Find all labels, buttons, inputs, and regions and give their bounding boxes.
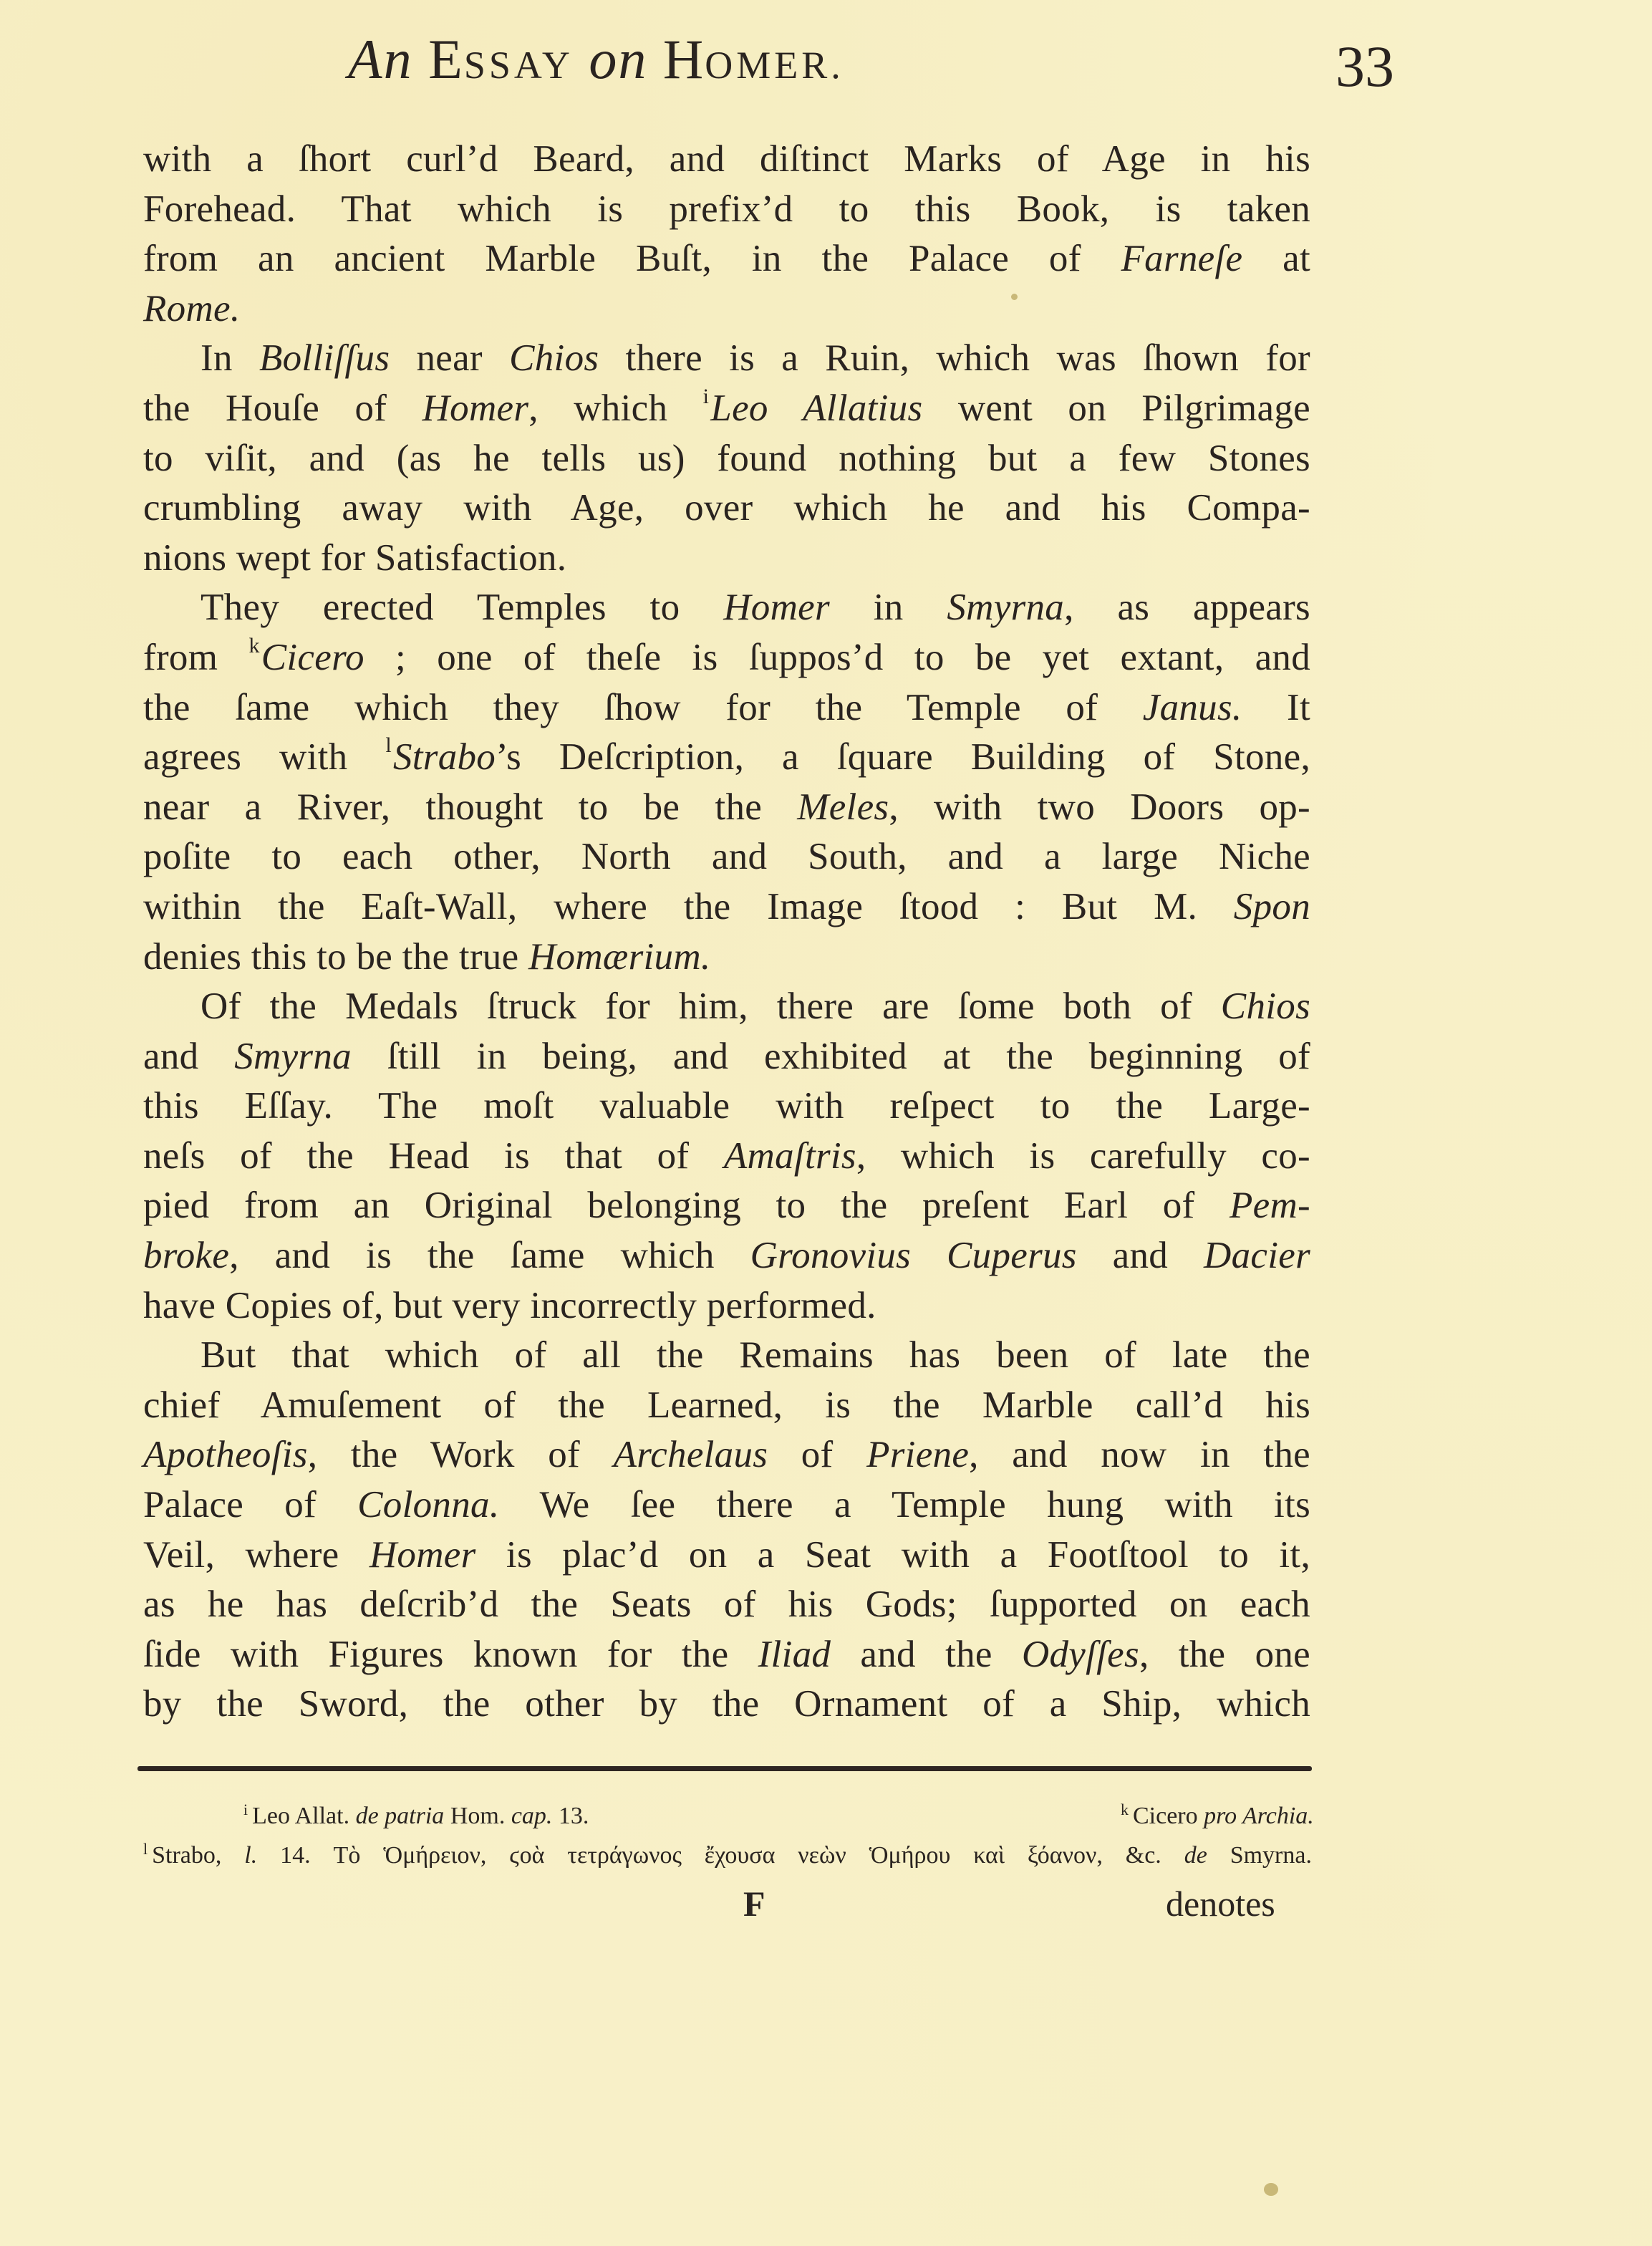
text-line: In Bolliſſus near Chios there is a Ruin,… — [143, 334, 1310, 384]
italic-text: Chios — [1221, 985, 1310, 1027]
italic-text: Apotheoſis — [143, 1434, 308, 1475]
paper-blemish — [1264, 2183, 1278, 2196]
text-run: pied from an Original belonging to the p… — [143, 1185, 1230, 1226]
text-run: there is a Ruin, which was ſhown for — [599, 337, 1310, 379]
footnote-reference: i — [703, 385, 710, 408]
italic-text: Pem- — [1230, 1185, 1310, 1226]
italic-text: Spon — [1234, 886, 1310, 927]
text-run: this Eſſay. The moſt valuable with reſpe… — [143, 1085, 1310, 1127]
title-homer-rest: OMER. — [705, 44, 844, 87]
page-number: 33 — [1335, 34, 1394, 99]
text-run: chief Amuſement of the Learned, is the M… — [143, 1384, 1310, 1426]
text-run: In — [201, 337, 259, 379]
italic-text: Smyrna — [234, 1036, 352, 1077]
text-line: Apotheoſis, the Work of Archelaus of Pri… — [143, 1430, 1310, 1480]
italic-text: Homer — [369, 1534, 476, 1576]
italic-text: Janus. — [1143, 687, 1242, 728]
italic-text: Homer — [723, 587, 830, 628]
italic-text: Cicero — [261, 637, 364, 678]
text-line: pied from an Original belonging to the p… — [143, 1181, 1310, 1231]
body-text: with a ſhort curl’d Beard, and diſtinct … — [143, 135, 1310, 1730]
italic-text: Odyſſes — [1022, 1634, 1139, 1675]
footnote-l: lStrabo, l. 14. Τὸ Ὁμήρειον, ϛοὰ τετράγω… — [143, 1836, 1312, 1875]
italic-text: Leo Allatius — [710, 387, 922, 429]
text-line: broke, and is the ſame which Gronovius C… — [143, 1231, 1310, 1281]
italic-text: Chios — [509, 337, 599, 379]
text-line: ſide with Figures known for the Iliad an… — [143, 1630, 1310, 1680]
footnote-text: 14. Τὸ Ὁμήρειον, ϛοὰ τετράγωνος ἔχουσα ν… — [257, 1842, 1184, 1869]
text-line: by the Sword, the other by the Ornament … — [143, 1679, 1310, 1730]
text-line: nions wept for Satisfaction. — [143, 534, 1310, 584]
italic-text: Iliad — [758, 1634, 831, 1675]
text-run: from — [143, 637, 248, 678]
footnote-italic: pro Archia. — [1204, 1803, 1314, 1829]
text-line: to viſit, and (as he tells us) found not… — [143, 434, 1310, 484]
text-line: within the Eaſt-Wall, where the Image ſt… — [143, 882, 1310, 932]
text-run: Forehead. That which is prefix’d to this… — [143, 188, 1310, 230]
text-run: by the Sword, the other by the Ornament … — [143, 1683, 1310, 1725]
text-run: and — [143, 1036, 234, 1077]
footnote-italic: l. — [244, 1842, 257, 1869]
text-run: and — [1077, 1235, 1204, 1276]
footnote-k: kCicero pro Archia. — [1121, 1796, 1314, 1836]
text-line: Veil, where Homer is plac’d on a Seat wi… — [143, 1531, 1310, 1581]
title-essay-rest: SSAY — [464, 44, 574, 87]
text-run: went on Pilgrimage — [922, 387, 1310, 429]
footnotes: iLeo Allat. de patria Hom. cap. 13. kCic… — [143, 1796, 1312, 1875]
text-run: Palace of — [143, 1484, 357, 1526]
text-run: , with two Doors op- — [889, 786, 1310, 828]
text-run: They erected Temples to — [201, 587, 723, 628]
italic-text: Priene — [866, 1434, 969, 1475]
text-line: from kCicero ; one of theſe is ſuppos’d … — [143, 633, 1310, 683]
footnote-rule — [137, 1766, 1312, 1771]
text-run: , the one — [1139, 1634, 1310, 1675]
text-run: ’s Deſcription, a ſquare Building of Sto… — [496, 736, 1310, 778]
text-run: agrees with — [143, 736, 385, 778]
text-run: from an ancient Marble Buſt, in the Pala… — [143, 238, 1121, 279]
text-run: in — [830, 587, 947, 628]
italic-text: Dacier — [1204, 1235, 1310, 1276]
footnote-marker-k: k — [1121, 1801, 1129, 1818]
text-run: and the — [831, 1634, 1022, 1675]
text-line: Palace of Colonna. We ſee there a Temple… — [143, 1480, 1310, 1531]
footnote-reference: l — [385, 733, 392, 757]
footnote-italic: de patria — [356, 1803, 445, 1829]
footnote-text: Smyrna. — [1207, 1842, 1312, 1869]
text-run: near — [390, 337, 509, 379]
italic-text: Homærium. — [528, 936, 710, 978]
text-line: denies this to be the true Homærium. — [143, 932, 1310, 983]
paper-blemish — [1011, 294, 1018, 300]
footnote-text: Hom. — [444, 1803, 511, 1829]
text-line: But that which of all the Remains has be… — [143, 1331, 1310, 1381]
text-run: It — [1242, 687, 1310, 728]
text-line: the Houſe of Homer, which iLeo Allatius … — [143, 384, 1310, 434]
text-run: neſs of the Head is that of — [143, 1135, 724, 1177]
text-run: , the Work of — [308, 1434, 614, 1475]
text-line: Of the Medals ſtruck for him, there are … — [143, 982, 1310, 1032]
italic-text: Farneſe — [1121, 238, 1242, 279]
text-run: But that which of all the Remains has be… — [201, 1334, 1310, 1376]
italic-text: Colonna. — [357, 1484, 499, 1526]
text-run: , and is the ſame which — [229, 1235, 750, 1276]
footnote-row-1: iLeo Allat. de patria Hom. cap. 13. kCic… — [143, 1796, 1312, 1836]
text-run: as he has deſcrib’d the Seats of his God… — [143, 1584, 1310, 1625]
footnote-italic: de — [1184, 1842, 1207, 1869]
italic-text: Strabo — [393, 736, 496, 778]
title-word-an: An — [348, 28, 413, 90]
text-line: agrees with lStrabo’s Deſcription, a ſqu… — [143, 733, 1310, 783]
text-run: nions wept for Satisfaction. — [143, 537, 566, 579]
text-run: to viſit, and (as he tells us) found not… — [143, 438, 1310, 479]
title-homer-initial: H — [663, 28, 705, 90]
italic-text: broke — [143, 1235, 229, 1276]
italic-text: Homer — [422, 387, 529, 429]
text-run: , which is carefully co- — [856, 1135, 1310, 1177]
footnote-marker-i: i — [243, 1801, 248, 1818]
title-word-on: on — [589, 28, 647, 90]
text-line: chief Amuſement of the Learned, is the M… — [143, 1381, 1310, 1431]
text-line: and Smyrna ſtill in being, and exhibited… — [143, 1032, 1310, 1082]
italic-text: Meles — [797, 786, 889, 828]
title-essay-initial: E — [428, 28, 464, 90]
text-run: near a River, thought to be the — [143, 786, 797, 828]
text-line: as he has deſcrib’d the Seats of his God… — [143, 1580, 1310, 1630]
text-run: with a ſhort curl’d Beard, and diſtinct … — [143, 138, 1310, 180]
italic-text: Rome. — [143, 288, 240, 329]
text-run: at — [1242, 238, 1310, 279]
text-run: Veil, where — [143, 1534, 369, 1576]
text-run: poſite to each other, North and South, a… — [143, 836, 1310, 877]
footnote-i: iLeo Allat. de patria Hom. cap. 13. — [243, 1796, 589, 1836]
footnote-italic: cap. — [511, 1803, 553, 1829]
text-line: have Copies of, but very incorrectly per… — [143, 1281, 1310, 1331]
footnote-text: 13. — [552, 1803, 589, 1829]
catchword: denotes — [1166, 1882, 1275, 1925]
text-line: Rome. — [143, 284, 1310, 334]
italic-text: Gronovius Cuperus — [750, 1235, 1077, 1276]
text-run: , as appears — [1064, 587, 1310, 628]
text-run: the ſame which they ſhow for the Temple … — [143, 687, 1143, 728]
text-line: Forehead. That which is prefix’d to this… — [143, 185, 1310, 235]
text-run: is plac’d on a Seat with a Footſtool to … — [476, 1534, 1310, 1576]
text-run: within the Eaſt-Wall, where the Image ſt… — [143, 886, 1234, 927]
text-run: crumbling away with Age, over which he a… — [143, 487, 1310, 529]
italic-text: Archelaus — [614, 1434, 768, 1475]
text-line: They erected Temples to Homer in Smyrna,… — [143, 583, 1310, 633]
italic-text: Smyrna — [947, 587, 1064, 628]
italic-text: Amaſtris — [724, 1135, 856, 1177]
text-run: denies this to be the true — [143, 936, 528, 978]
text-line: this Eſſay. The moſt valuable with reſpe… — [143, 1081, 1310, 1132]
text-run: of — [768, 1434, 866, 1475]
text-run: ; one of theſe is ſuppos’d to be yet ext… — [364, 637, 1310, 678]
running-head: An ESSAY on HOMER. — [348, 27, 844, 97]
text-run: Of the Medals ſtruck for him, there are … — [201, 985, 1221, 1027]
text-run: ſide with Figures known for the — [143, 1634, 758, 1675]
footnote-row-2: lStrabo, l. 14. Τὸ Ὁμήρειον, ϛοὰ τετράγω… — [143, 1836, 1312, 1875]
footnote-reference: k — [248, 634, 259, 657]
signature-mark: F — [743, 1882, 765, 1925]
text-run: have Copies of, but very incorrectly per… — [143, 1285, 876, 1326]
italic-text: Bolliſſus — [259, 337, 390, 379]
text-run: the Houſe of — [143, 387, 422, 429]
footnote-text: Leo Allat. — [252, 1803, 355, 1829]
text-run: ſtill in being, and exhibited at the beg… — [352, 1036, 1310, 1077]
text-run: We ſee there a Temple hung with its — [499, 1484, 1310, 1526]
footnote-text: Cicero — [1133, 1803, 1204, 1829]
book-page: An ESSAY on HOMER. 33 with a ſhort curl’… — [0, 0, 1652, 2246]
text-line: near a River, thought to be the Meles, w… — [143, 783, 1310, 833]
text-line: neſs of the Head is that of Amaſtris, wh… — [143, 1132, 1310, 1182]
text-run: , and now in the — [969, 1434, 1310, 1475]
text-run: , which — [528, 387, 702, 429]
text-line: the ſame which they ſhow for the Temple … — [143, 683, 1310, 733]
text-line: poſite to each other, North and South, a… — [143, 832, 1310, 882]
text-line: from an ancient Marble Buſt, in the Pala… — [143, 234, 1310, 284]
text-line: with a ſhort curl’d Beard, and diſtinct … — [143, 135, 1310, 185]
text-line: crumbling away with Age, over which he a… — [143, 483, 1310, 534]
footnote-marker-l: l — [143, 1840, 148, 1858]
footnote-text: Strabo, — [152, 1842, 244, 1869]
